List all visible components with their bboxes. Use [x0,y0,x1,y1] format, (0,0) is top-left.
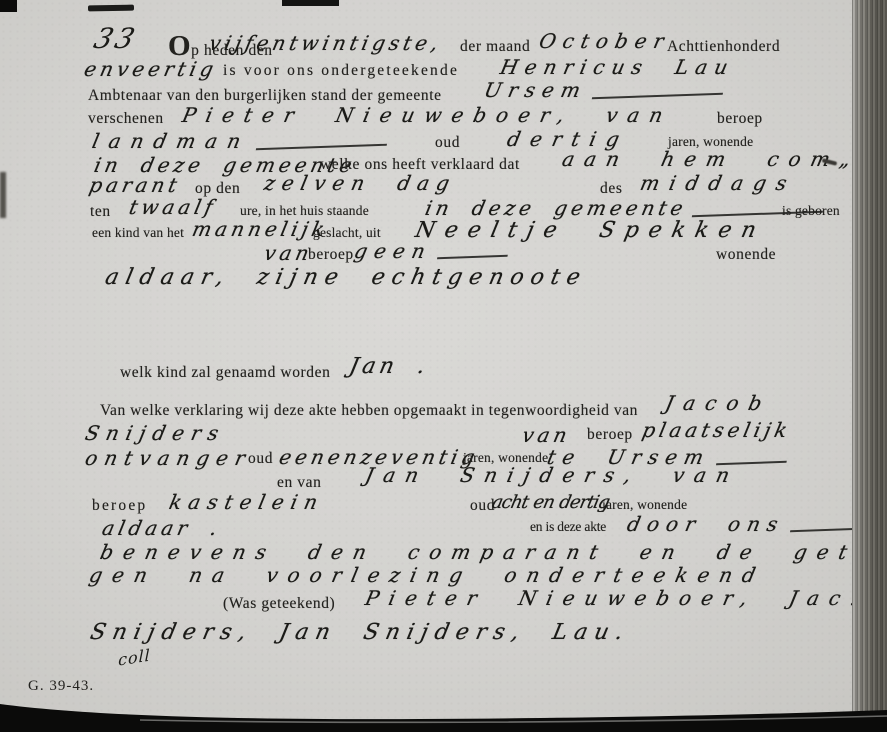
closing-clause-entry: gen na voorlezing onderteekend [87,563,768,587]
printed-form-text: beroep [717,110,763,128]
witness2-age-entry: acht en dertig [490,492,611,513]
scan-corner-mark [0,0,17,12]
month-entry: October [537,29,673,53]
birthplace-entry: in deze gemeente [423,196,826,220]
child-name-entry: Jan . [347,354,431,379]
printed-form-text: jaren, wonende [602,497,687,513]
witness2-residence-entry: aldaar . [100,516,223,540]
printed-form-text: ten [90,203,111,221]
record-line: enveertigis voor ons ondergeteekendeHenr… [0,62,887,86]
handwritten-entry: door ons [625,512,864,536]
printed-form-text: wonende [716,246,776,264]
printed-form-text: is voor ons ondergeteekende [223,62,459,80]
witness1-occupation-entry: plaatselijk [640,418,793,442]
signature-label: (Was geteekend) [223,595,335,613]
scan-edge-dash [282,0,339,6]
declarant-name-entry: Pieter Nieuweboer, van [180,103,675,127]
scan-edge-dash [88,5,134,12]
record-line: welk kind zal genaamd wordenJan . [0,364,887,388]
printed-form-text: der maand [460,38,530,56]
printed-form-text: Achttienhonderd [667,38,780,56]
witness1-occupation-entry: ontvanger [83,446,254,470]
witness2-occupation-entry: kastelein [167,490,327,514]
printed-form-text: welk kind zal genaamd worden [120,364,330,382]
handwritten-entry: van [520,423,573,447]
registrar-name-entry: Henricus Lau [498,55,737,79]
record-line: Snijders, Jan Snijders, Lau. [0,622,887,646]
gender-entry: mannelijk [190,217,331,241]
printed-form-text: een kind van het [92,225,184,241]
ink-smudge [0,172,6,218]
printed-form-text: Van welke verklaring wij deze akte hebbe… [100,402,638,420]
scanned-birth-record-page: 33 Op heden denvijfentwintigste,der maan… [0,0,887,732]
closing-clause-entry: benevens den comparant en de getui„ [98,540,887,564]
declarant-occupation-entry: landman [90,129,390,153]
printed-form-text: oud [435,134,460,152]
printed-form-text: beroep [308,246,354,264]
printed-form-text: verschenen [88,110,164,128]
collation-mark: coll [118,645,151,669]
mother-residence-entry: aldaar, zijne echtgenoote [103,265,589,290]
municipality-entry: Ursem [482,78,727,102]
scan-bottom-edge [0,686,887,732]
printed-form-text: oud [248,450,273,468]
witness2-name-entry: Jan Snijders, van [363,463,742,487]
printed-form-text: beroep [92,497,147,515]
signatures-entry: Snijders, Jan Snijders, Lau. [88,620,632,645]
printed-form-text: beroep [587,426,633,444]
witness1-surname-entry: Snijders [83,421,228,445]
printed-form-text: is geboren [782,203,840,219]
year-entry: enveertig [82,57,220,81]
record-line: (Was geteekend)Pieter Nieuweboer, Jac. [0,595,887,619]
handwritten-entry: aan hem com„ [560,147,863,171]
birth-day-entry: zelven dag [262,171,459,195]
signatures-entry: Pieter Nieuweboer, Jac. [363,586,869,610]
time-of-day-entry: middags [638,171,799,195]
handwritten-entry: parant [87,173,183,197]
mother-occupation-entry: geen [352,239,511,263]
witness1-name-entry: Jacob [663,391,774,415]
record-line: en vanJan Snijders, van [0,474,887,498]
book-binding-strip [852,0,887,716]
printed-form-text: en is deze akte [530,519,606,535]
hour-entry: twaalf [127,195,219,219]
day-entry: vijfentwintigste, [207,31,444,55]
record-line: aldaar, zijne echtgenoote [0,268,887,292]
